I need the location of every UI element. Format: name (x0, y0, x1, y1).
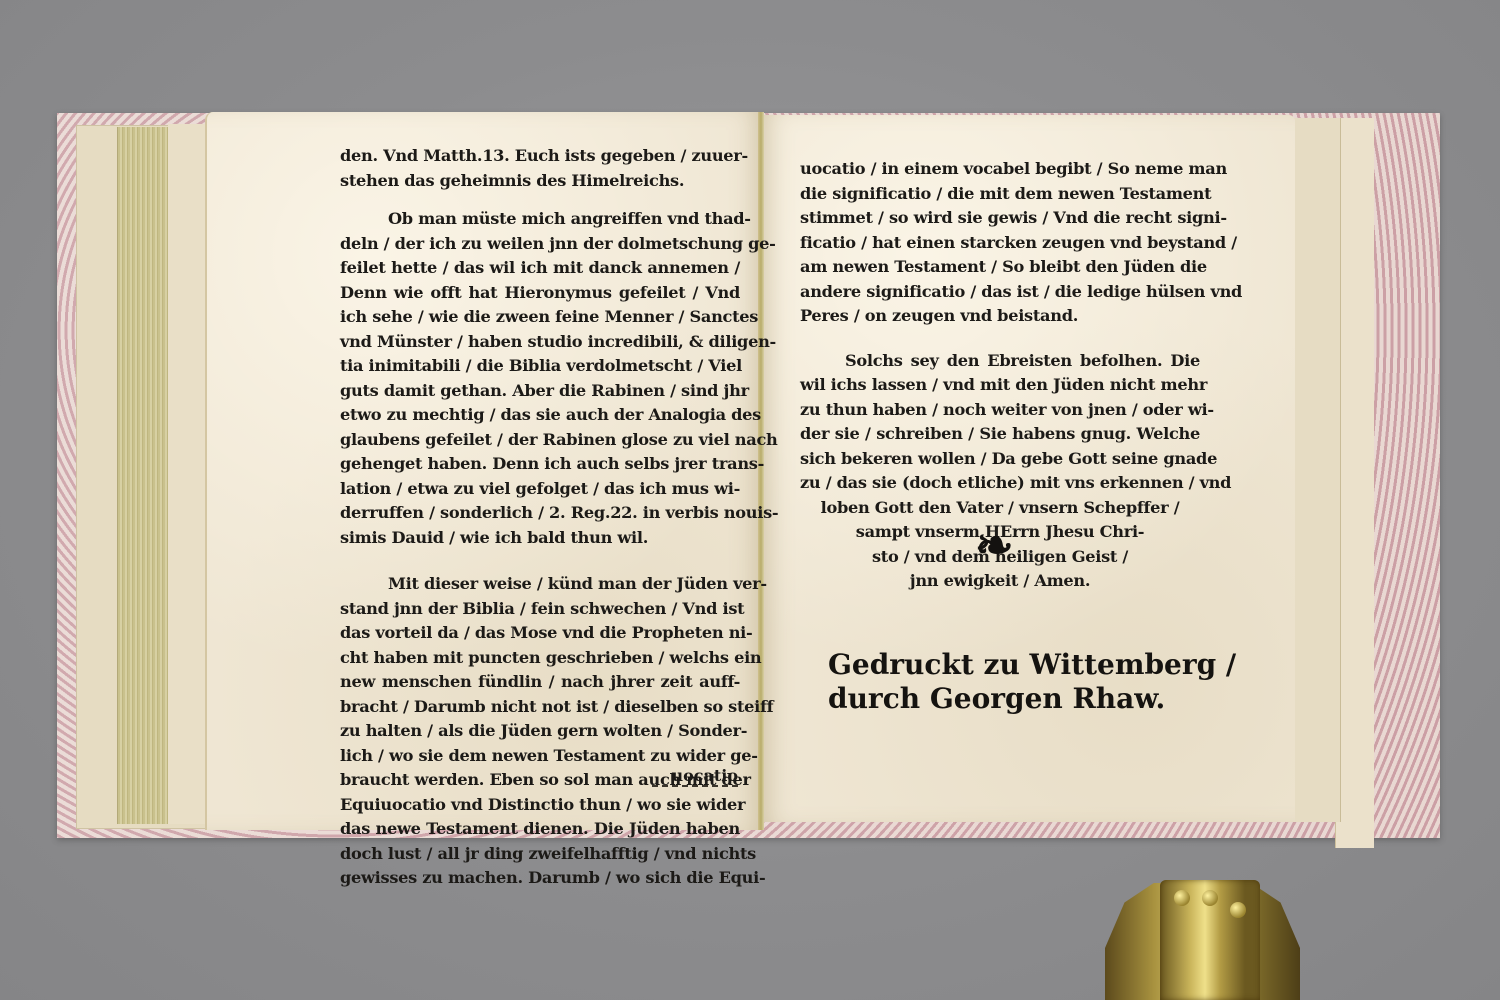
text-line: Solchs sey den Ebreisten befolhen. Die (800, 349, 1200, 374)
paragraph-gap (800, 329, 1200, 349)
page-stack-right (1290, 118, 1341, 822)
colophon-line: Gedruckt zu Wittemberg / (828, 648, 1168, 682)
text-line: derruffen / sonderlich / 2. Reg.22. in v… (340, 501, 740, 526)
text-line: lich / wo sie dem newen Testament zu wid… (340, 744, 740, 769)
fleuron-ornament-icon: ❧ (975, 522, 1014, 568)
text-line: feilet hette / das wil ich mit danck ann… (340, 256, 740, 281)
text-line: den. Vnd Matth.13. Euch ists gegeben / z… (340, 144, 740, 169)
clasp-knob-icon (1230, 902, 1246, 918)
text-line: das vorteil da / das Mose vnd die Prophe… (340, 621, 740, 646)
text-line: wil ichs lassen / vnd mit den Jüden nich… (800, 373, 1200, 398)
colophon: Gedruckt zu Wittemberg / durch Georgen R… (828, 648, 1168, 716)
text-line: ich sehe / wie die zween feine Menner / … (340, 305, 740, 330)
text-line: stimmet / so wird sie gewis / Vnd die re… (800, 206, 1200, 231)
text-line: new menschen fündlin / nach jhrer zeit a… (340, 670, 740, 695)
text-line: doch lust / all jr ding zweifelhafftig /… (340, 842, 740, 867)
text-line: jnn ewigkeit / Amen. (800, 569, 1200, 594)
text-line: simis Dauid / wie ich bald thun wil. (340, 526, 740, 551)
text-line: der sie / schreiben / Sie habens gnug. W… (800, 422, 1200, 447)
text-line: lation / etwa zu viel gefolget / das ich… (340, 477, 740, 502)
text-line: das newe Testament dienen. Die Jüden hab… (340, 817, 740, 842)
text-line: Peres / on zeugen vnd beistand. (800, 304, 1200, 329)
text-line: Mit dieser weise / künd man der Jüden ve… (340, 572, 740, 597)
text-line: die significatio / die mit dem newen Tes… (800, 182, 1200, 207)
text-line: loben Gott den Vater / vnsern Schepffer … (800, 496, 1200, 521)
text-line: glaubens gefeilet / der Rabinen glose zu… (340, 428, 740, 453)
text-line: gehenget haben. Denn ich auch selbs jrer… (340, 452, 740, 477)
clasp-knob-icon (1174, 890, 1190, 906)
text-line: zu halten / als die Jüden gern wolten / … (340, 719, 740, 744)
text-line: sich bekeren wollen / Da gebe Gott seine… (800, 447, 1200, 472)
text-line: stand jnn der Biblia / fein schwechen / … (340, 597, 740, 622)
text-line: uocatio / in einem vocabel begibt / So n… (800, 157, 1200, 182)
text-line: Denn wie offt hat Hieronymus gefeilet / … (340, 281, 740, 306)
paragraph-gap (340, 193, 740, 207)
catchword: uocatio (652, 766, 738, 787)
text-line: vnd Münster / haben studio incredibili, … (340, 330, 740, 355)
text-line: zu thun haben / noch weiter von jnen / o… (800, 398, 1200, 423)
text-line: gewisses zu machen. Darumb / wo sich die… (340, 866, 740, 891)
text-line: bracht / Darumb nicht not ist / dieselbe… (340, 695, 740, 720)
text-line: Ob man müste mich angreiffen vnd thad- (340, 207, 740, 232)
text-line: deln / der ich zu weilen jnn der dolmets… (340, 232, 740, 257)
text-line: zu / das sie (doch etliche) mit vns erke… (800, 471, 1200, 496)
text-line: am newen Testament / So bleibt den Jüden… (800, 255, 1200, 280)
clasp-knob-icon (1202, 890, 1218, 906)
text-line: ficatio / hat einen starcken zeugen vnd … (800, 231, 1200, 256)
text-line: tia inimitabili / die Biblia verdolmetsc… (340, 354, 740, 379)
text-line: guts damit gethan. Aber die Rabinen / si… (340, 379, 740, 404)
brass-clasp-icon (1160, 880, 1260, 1000)
text-line: cht haben mit puncten geschrieben / welc… (340, 646, 740, 671)
text-line: andere significatio / das ist / die ledi… (800, 280, 1200, 305)
colophon-line: durch Georgen Rhaw. (828, 682, 1168, 716)
text-line: etwo zu mechtig / das sie auch der Analo… (340, 403, 740, 428)
text-line: Equiuocatio vnd Distinctio thun / wo sie… (340, 793, 740, 818)
paragraph-gap (340, 550, 740, 572)
text-line: stehen das geheimnis des Himelreichs. (340, 169, 740, 194)
